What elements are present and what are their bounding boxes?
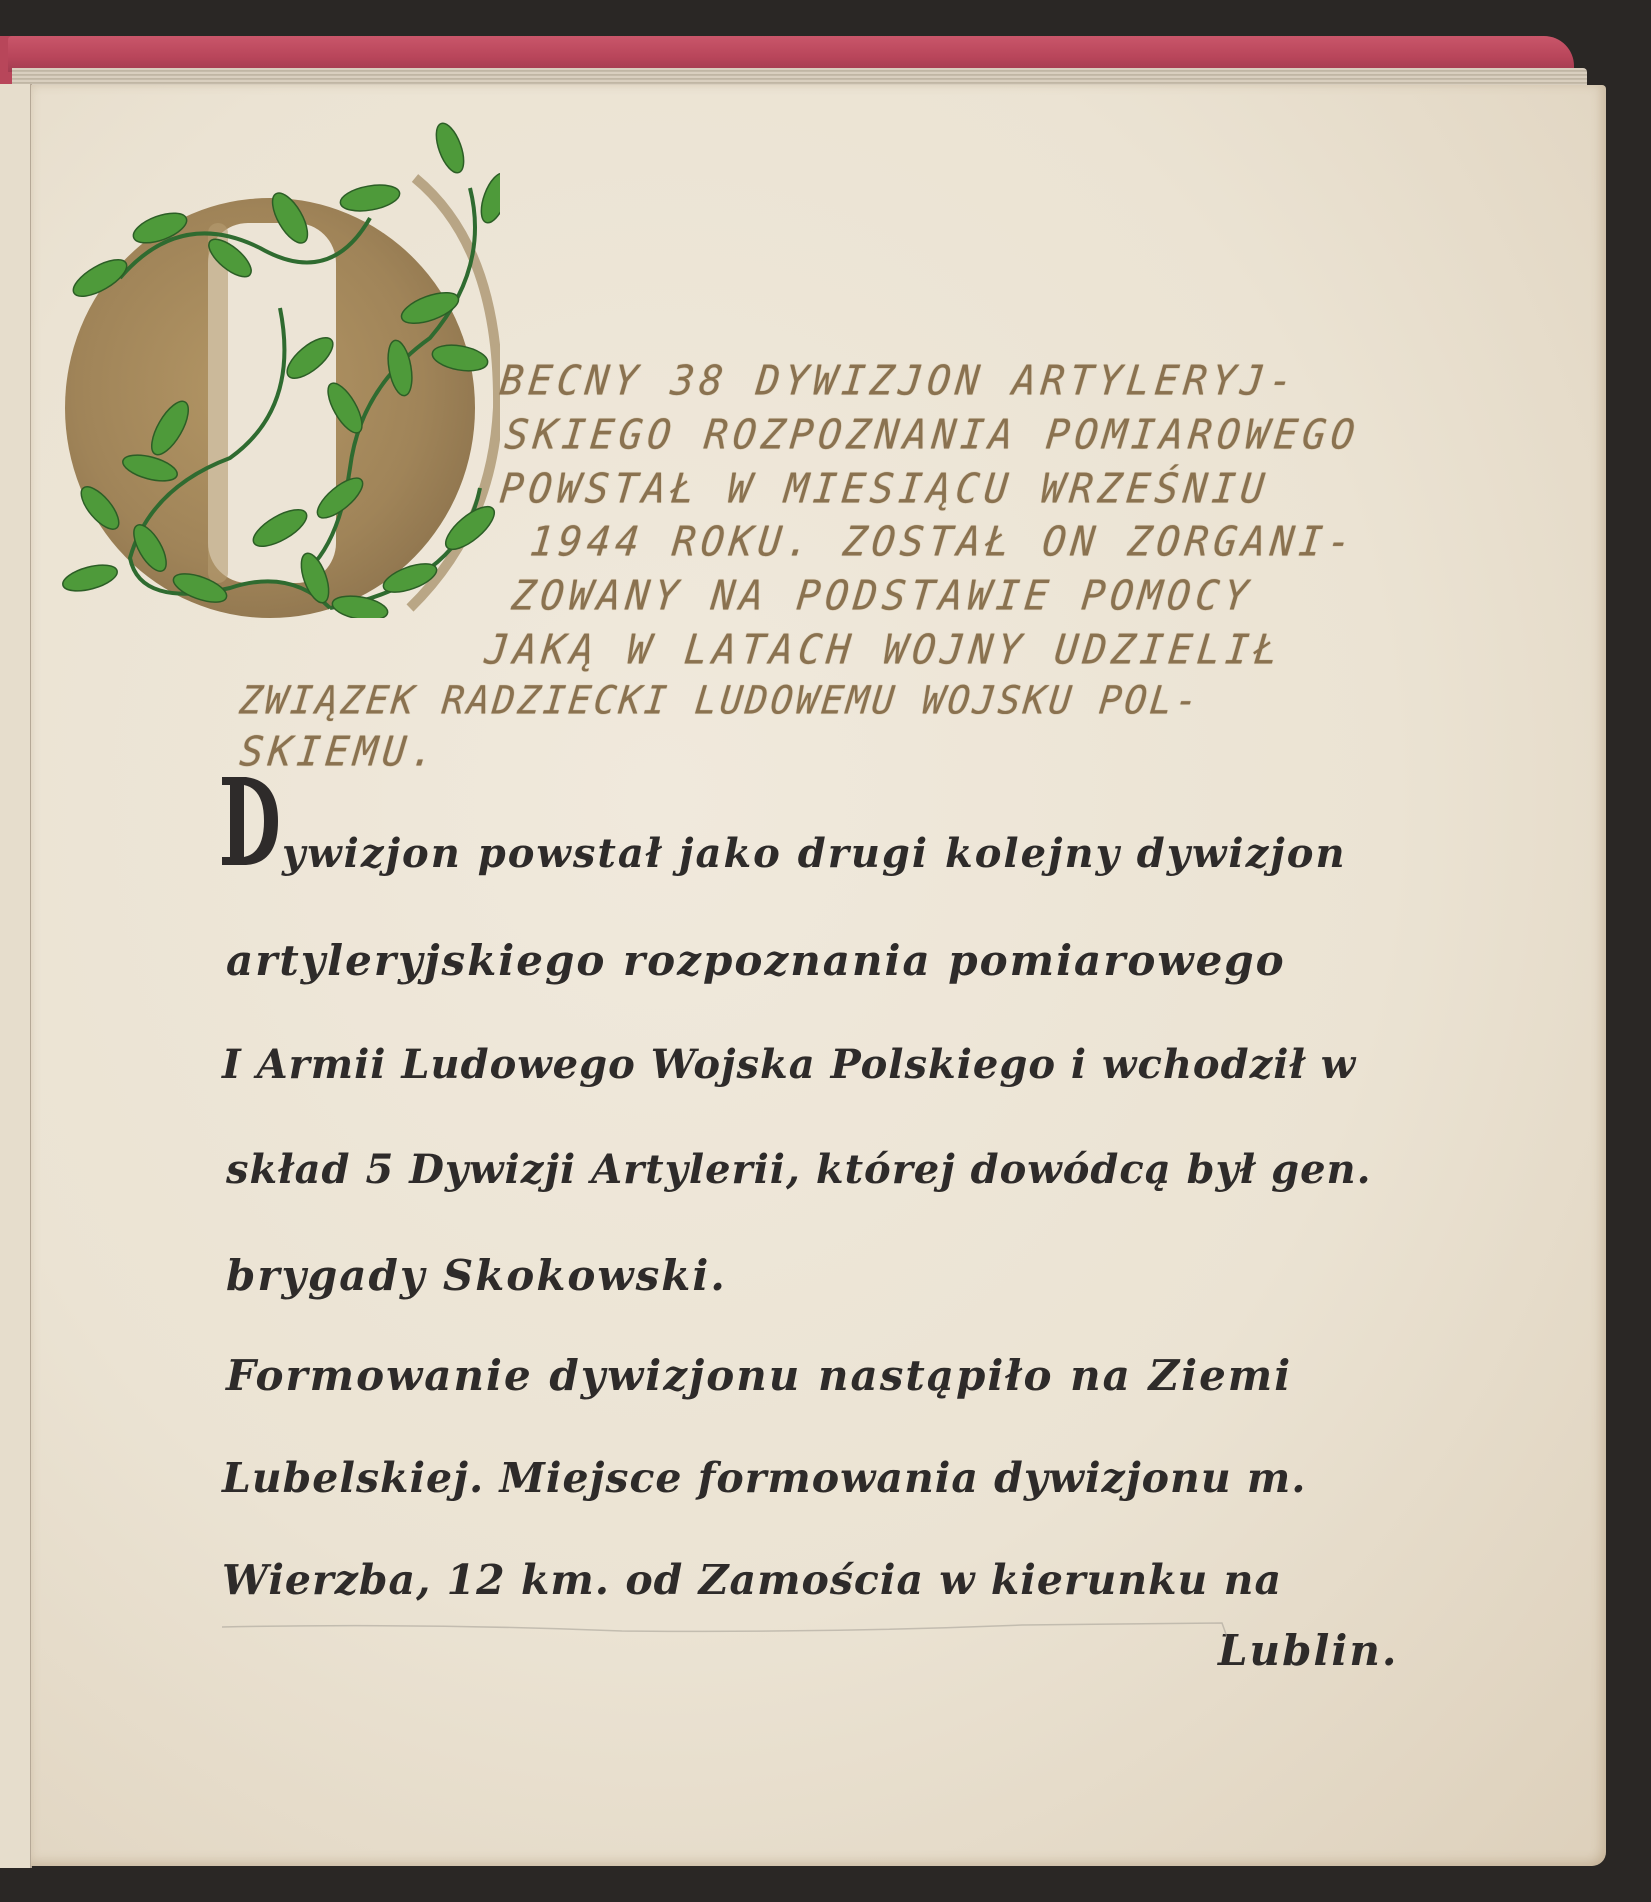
handwritten-line: I Armii Ludowego Wojska Polskiego i wcho…	[222, 1045, 1356, 1085]
handwritten-line: Formowanie dywizjonu nastąpiło na Ziemi	[226, 1355, 1292, 1397]
handwritten-line: artyleryjskiego rozpoznania pomiarowego	[226, 940, 1286, 982]
handwritten-line: Lublin.	[1218, 1630, 1399, 1672]
pencil-guide-line	[222, 1615, 1227, 1637]
handwritten-line: Wierzba, 12 km. od Zamościa w kierunku n…	[222, 1560, 1282, 1601]
handwritten-paragraph: ywizjon powstał jako drugi kolejny dywiz…	[0, 0, 1651, 1800]
handwritten-line: ywizjon powstał jako drugi kolejny dywiz…	[282, 834, 1347, 874]
handwritten-line: skład 5 Dywizji Artylerii, której dowódc…	[226, 1150, 1372, 1190]
handwritten-line: brygady Skokowski.	[226, 1255, 727, 1297]
handwritten-line: Lubelskiej. Miejsce formowania dywizjonu…	[222, 1458, 1307, 1499]
